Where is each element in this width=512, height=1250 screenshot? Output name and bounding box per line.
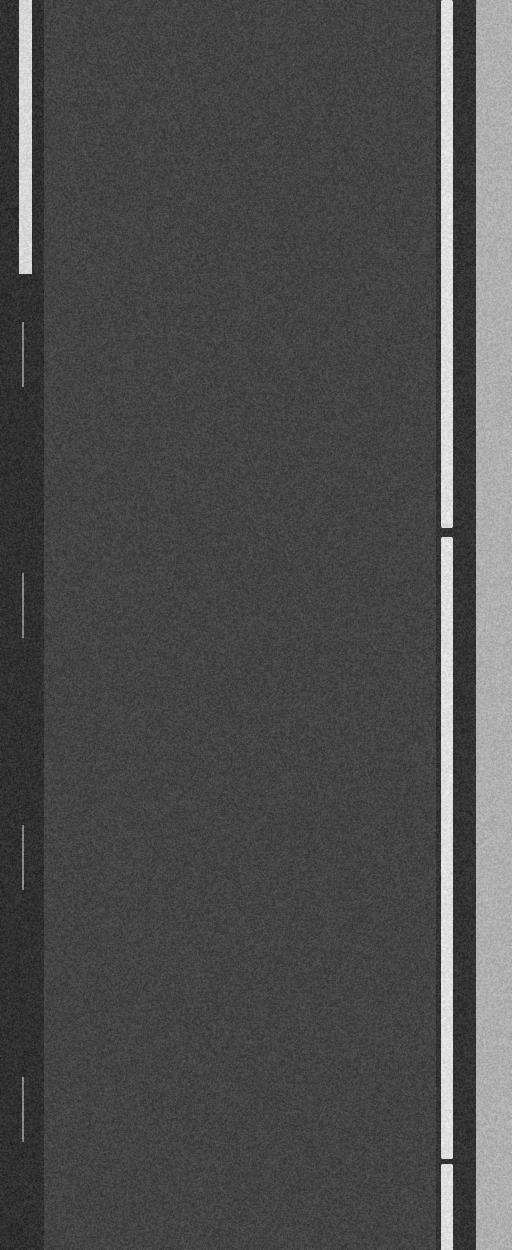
left-dash-marking [22,825,24,890]
right-edge-marking [441,1164,453,1250]
left-dash-marking [22,573,24,638]
left-solid-marking [19,0,32,274]
left-dash-marking [22,322,24,387]
roadside-verge [476,0,512,1250]
right-edge-marking [441,0,453,528]
asphalt-lane [44,0,436,1250]
road-scene [0,0,512,1250]
right-edge-marking [441,537,453,1159]
left-dash-marking [22,1077,24,1142]
